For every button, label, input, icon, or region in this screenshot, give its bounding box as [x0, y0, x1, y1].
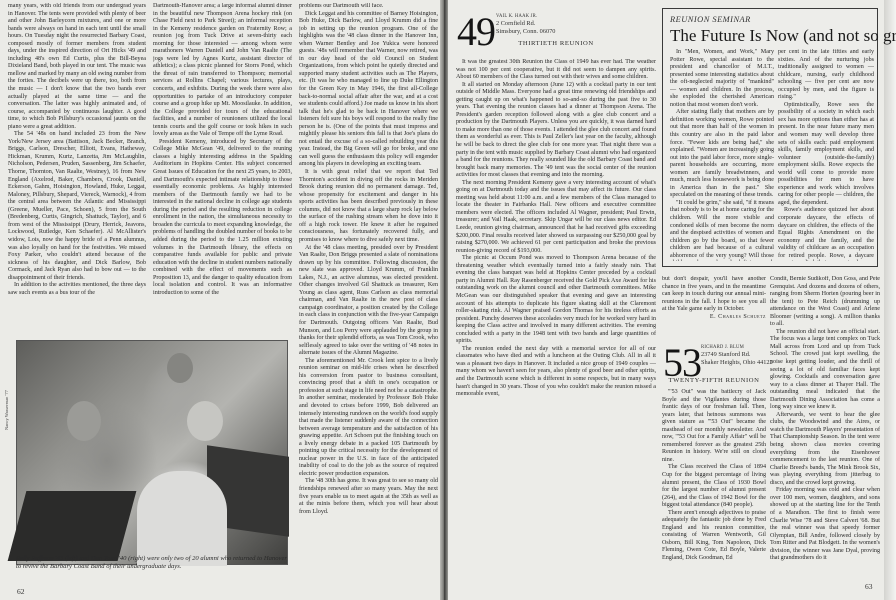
page-edge — [884, 0, 896, 600]
class-53-column-2: Condit, Bernie Sudikoff, Don Goss, and P… — [770, 276, 880, 578]
class-49-reunion-heading: THIRTIETH REUNION — [456, 40, 656, 47]
paragraph: "It could be grim," she said, "if it mea… — [670, 200, 774, 261]
sidebar-kicker: REUNION SEMINAR — [670, 15, 751, 24]
address-line: Simsbury, Conn. 06070 — [496, 28, 555, 35]
sidebar-column-2: per cent in the late fifties and early s… — [778, 49, 874, 261]
paragraph: The next morning President Kemeny gave a… — [456, 180, 656, 255]
paragraph: Afterwards, we went to hear the glee clu… — [770, 412, 880, 487]
paragraph: The picnic at Occum Pond was moved to Th… — [456, 255, 656, 346]
sidebar-column-1: In "Men, Women, and Work," Mary Potter R… — [670, 49, 774, 261]
address-line: Shaker Heights, Ohio 44122 — [701, 359, 773, 366]
paragraph: "'53 Out" was the battlecry of Jack Boyl… — [662, 389, 766, 464]
paragraph: At the '48 class meeting, presided over … — [299, 245, 438, 358]
signature: E. Charles Schuetz — [662, 314, 766, 322]
photo-credit: Nancy Wasserman '77 — [4, 360, 14, 430]
paragraph: The Class received the Class of 1894 Cup… — [662, 464, 766, 509]
band-photo — [16, 340, 288, 565]
address-line: 2 Cornfield Rd. — [496, 20, 555, 27]
paragraph: The '48 30th has gone. It was great to s… — [299, 478, 438, 516]
paragraph: Friday morning was cold and clear when o… — [770, 487, 880, 562]
left-column-3-text: problems our Dartmouth will face. Dick L… — [299, 3, 438, 559]
page-number: 63 — [865, 582, 873, 591]
class-49-secretary-address: VAIL K. HAAK JR. 2 Cornfield Rd. Simsbur… — [496, 13, 555, 35]
paragraph: After stating flatly that mothers are by… — [670, 109, 774, 200]
paragraph: but don't despair, you'll have another c… — [662, 276, 766, 314]
photo-figure — [167, 353, 193, 383]
left-column-1: many years, with old friends from our un… — [8, 3, 146, 333]
paragraph: It was the greatest 30th Reunion the Cla… — [456, 59, 656, 82]
paragraph: Dick Leggat and his committee of Barney … — [299, 11, 438, 169]
paragraph: In "Men, Women, and Work," Mary Potter R… — [670, 49, 774, 109]
paragraph: There aren't enough adjectives to praise… — [662, 510, 766, 563]
paragraph: many years, with old friends from our un… — [8, 3, 146, 131]
paragraph: The reunion did not have an official sta… — [770, 329, 880, 412]
paragraph: problems our Dartmouth will face. — [299, 3, 438, 11]
class-53-secretary-address: RICHARD J. BLUM 23749 Stanford Rd. Shake… — [701, 344, 773, 366]
paragraph: President Kemeny, introduced by Secretar… — [153, 139, 292, 297]
magazine-spread: many years, with old friends from our un… — [0, 0, 896, 600]
paragraph: It all started on Monday afternoon (June… — [456, 82, 656, 180]
class-49-column: It was the greatest 30th Reunion the Cla… — [456, 59, 656, 421]
paragraph: Rowe's audience quizzed her about corpor… — [778, 207, 874, 261]
class-49-continuation: but don't despair, you'll have another c… — [662, 276, 766, 336]
secretary-name: RICHARD J. BLUM — [701, 344, 773, 351]
paragraph: The 54 '48s on hand included 23 from the… — [8, 131, 146, 282]
paragraph: The aforementioned Mr. Crook lent spice … — [299, 358, 438, 479]
sidebar-headline: The Future Is Now (and not so grim) — [670, 26, 896, 46]
left-column-2: Dartmouth-Hanover area; a large informal… — [153, 3, 292, 333]
secretary-name: VAIL K. HAAK JR. — [496, 13, 555, 20]
music-stand — [8, 491, 137, 561]
address-line: 23749 Stanford Rd. — [701, 351, 773, 358]
class-53-column-1: "'53 Out" was the battlecry of Jack Boyl… — [662, 389, 766, 589]
photo-figure — [137, 471, 227, 566]
photo-caption: Relly Raffman '43 (left) and Dan Toan '4… — [16, 555, 291, 572]
paragraph: per cent in the late fifties and early s… — [778, 49, 874, 102]
page-number: 62 — [17, 587, 25, 596]
gutter — [440, 0, 448, 600]
paragraph: Optimistically, Rowe sees the possibilit… — [778, 102, 874, 208]
paragraph: In addition to the activities mentioned,… — [8, 282, 146, 297]
class-53-reunion-heading: TWENTY-FIFTH REUNION — [662, 377, 766, 384]
paragraph: It is with great relief that we report t… — [299, 169, 438, 244]
paragraph: Dartmouth-Hanover area; a large informal… — [153, 3, 292, 139]
photo-figure — [67, 401, 101, 441]
paragraph: Condit, Bernie Sudikoff, Don Goss, and P… — [770, 276, 880, 329]
photo-figure — [187, 401, 223, 441]
paragraph: The reunion ended the next day with a me… — [456, 346, 656, 399]
